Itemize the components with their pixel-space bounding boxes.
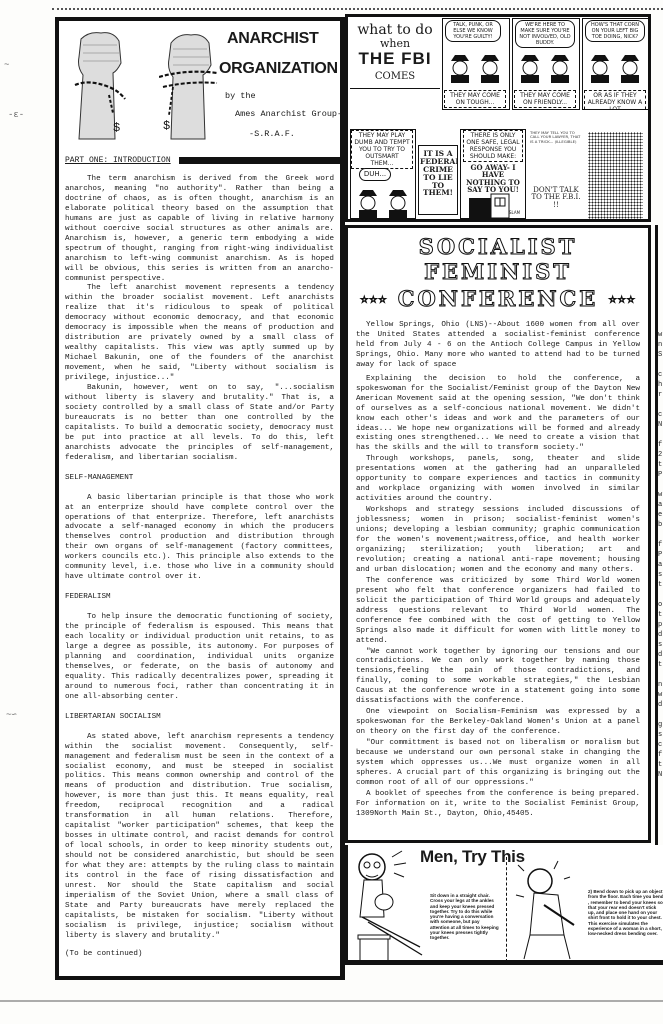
fbi-agent-icon [355,188,381,218]
article-body: Yellow Springs, Ohio (LNS)--About 1600 w… [348,311,648,820]
comic-panel-dont-talk: They may tell you to call your lawyer, t… [528,129,584,219]
comic-caption: Or as if they already know a lot [584,90,646,110]
star-ornament-icon: ☆☆☆ [360,296,387,306]
comic-panel-go-away: There is only one safe, legal response y… [460,129,526,219]
article-paragraph: A booklet of speeches from the conferenc… [356,790,640,820]
halftone-pattern [588,132,643,220]
adjacent-column-fragment: w n S c h r c N f 2 t P w a e b f P a s … [658,330,663,780]
fbi-agent-icon [447,53,473,83]
comic-big-text: Don't talk to the F.B.I. !! [530,187,582,209]
socialist-feminist-article: SOCIALIST FEMINIST ☆☆☆ CONFERENCE ☆☆☆ Ye… [345,225,651,843]
article-header: $ $ ANARCHIST ORGANIZATION by the Ames A… [59,21,340,151]
article-paragraph: The conference was criticized by some Th… [356,577,640,647]
to-be-continued: (To be continued) [65,950,334,960]
article-paragraph: Explaining the decision to hold the conf… [356,375,640,455]
comic-caption: They may play dumb and tempt you to try … [351,130,413,169]
comic-big-text: It is a federal crime to lie to them! [420,150,456,197]
comic-caption: There is only one safe, legal response y… [463,130,523,162]
speech-bubble: Talk, punk, or else we know you're guilt… [445,20,501,42]
comic-caption: They may come on friendly... [514,90,576,108]
self-management-paragraph: A basic libertarian principle is that th… [65,494,334,584]
fbi-agent-icon [517,53,543,83]
article-title-line2: ORGANIZATION [219,61,344,77]
byline-org: -S.R.A.F. [249,129,344,139]
article-paragraph: Workshops and strategy sessions included… [356,506,640,576]
exercise-1-text: Sit down in a straight chair. Cross your… [430,893,500,941]
cartoon-title: Men, Try This [420,847,525,867]
men-try-this-cartoon: Men, Try This Sit down in a straight cha… [345,845,663,965]
section-heading-federalism: FEDERALISM [65,593,334,603]
fbi-comic-strip: what to do when THE FBI COMES Talk, punk… [345,14,651,222]
cartoon-divider [506,857,507,962]
headline-line2: CONFERENCE [398,286,599,311]
article-paragraph: "We cannot work together by ignoring our… [356,648,640,708]
sfx-slam: SLAM [509,210,520,215]
comic-small-text: They may tell you to call your lawyer, t… [530,131,582,144]
comic-title-comes: COMES [350,71,440,82]
svg-text:$: $ [113,121,120,135]
fbi-agent-icon [385,188,411,218]
page-bottom-rule [0,1000,663,1002]
article-paragraph: Through workshops, panels, song, theater… [356,455,640,505]
margin-mark: -ε- [8,110,24,120]
fbi-agent-icon [587,53,613,83]
heading-bar [179,157,340,164]
margin-mark: ~ [4,60,9,70]
part-heading-text: PART ONE: INTRODUCTION [65,156,171,165]
comic-big-text: Go away- I have nothing to say to you! [463,164,523,193]
article-paragraph: Yellow Springs, Ohio (LNS)--About 1600 w… [356,321,640,371]
article-title-block: ANARCHIST ORGANIZATION by the Ames Anarc… [219,31,344,139]
speech-bubble: We're here to make sure you're not invol… [515,20,575,48]
speech-bubble: DUH... [359,168,391,181]
anarchist-organization-article: $ $ ANARCHIST ORGANIZATION by the Ames A… [55,17,345,980]
comic-caption: They may come on tough... [444,90,506,108]
comic-title-what-to-do: what to do [350,23,440,38]
svg-text:$: $ [163,119,170,133]
comic-panel-tough: Talk, punk, or else we know you're guilt… [442,18,510,110]
headline-line2-row: ☆☆☆ CONFERENCE ☆☆☆ [348,286,648,311]
section-heading-self-management: SELF-MANAGEMENT [65,474,334,484]
intro-paragraph: Bakunin, however, went on to say, "...so… [65,384,334,464]
article-paragraph: One viewpoint on Socialism-Feminism was … [356,708,640,738]
intro-paragraph: The term anarchism is derived from the G… [65,175,334,284]
man-sitting-crossed-legs-icon [350,847,430,962]
article-body: The term anarchism is derived from the G… [59,175,340,960]
comic-panel-play-dumb: They may play dumb and tempt you to try … [350,129,416,219]
headline-line1: SOCIALIST FEMINIST [348,234,648,284]
article-headline: SOCIALIST FEMINIST ☆☆☆ CONFERENCE ☆☆☆ [348,234,648,311]
byline-by: by the [225,91,344,101]
exercise-2-text: 2) Bend down to pick up an object from t… [588,889,663,937]
speech-bubble: How's that corn on your left big toe doi… [585,20,645,42]
article-title-line1: ANARCHIST [227,31,344,47]
comic-panel-know-a-lot: How's that corn on your left big toe doi… [582,18,650,110]
fbi-agent-icon [477,53,503,83]
star-ornament-icon: ☆☆☆ [609,296,636,306]
raised-fist-broken-chain-icon: $ [69,29,129,141]
section-heading-libertarian-socialism: LIBERTARIAN SOCIALISM [65,713,334,723]
comic-title: what to do when THE FBI COMES [350,19,440,89]
federalism-paragraph: To help insure the democratic functionin… [65,613,334,703]
comic-panel-federal-crime: It is a federal crime to lie to them! [418,145,458,215]
part-heading: PART ONE: INTRODUCTION [65,153,340,167]
fbi-agent-icon [547,53,573,83]
article-paragraph: "Our committment is based not on liberal… [356,739,640,789]
page-top-dotted-rule [52,8,663,12]
libertarian-socialism-paragraph: As stated above, left anarchism represen… [65,733,334,942]
margin-mark: ~∽ [6,710,17,720]
byline-group: Ames Anarchist Group- [235,109,344,119]
fbi-agent-icon [617,53,643,83]
raised-fist-chain-dollar-icon: $ [159,29,219,141]
comic-title-fbi: THE FBI [350,50,440,67]
man-bending-over-icon [514,855,584,963]
comic-panel-friendly: We're here to make sure you're not invol… [512,18,580,110]
intro-paragraph: The left anarchist movement represents a… [65,284,334,384]
